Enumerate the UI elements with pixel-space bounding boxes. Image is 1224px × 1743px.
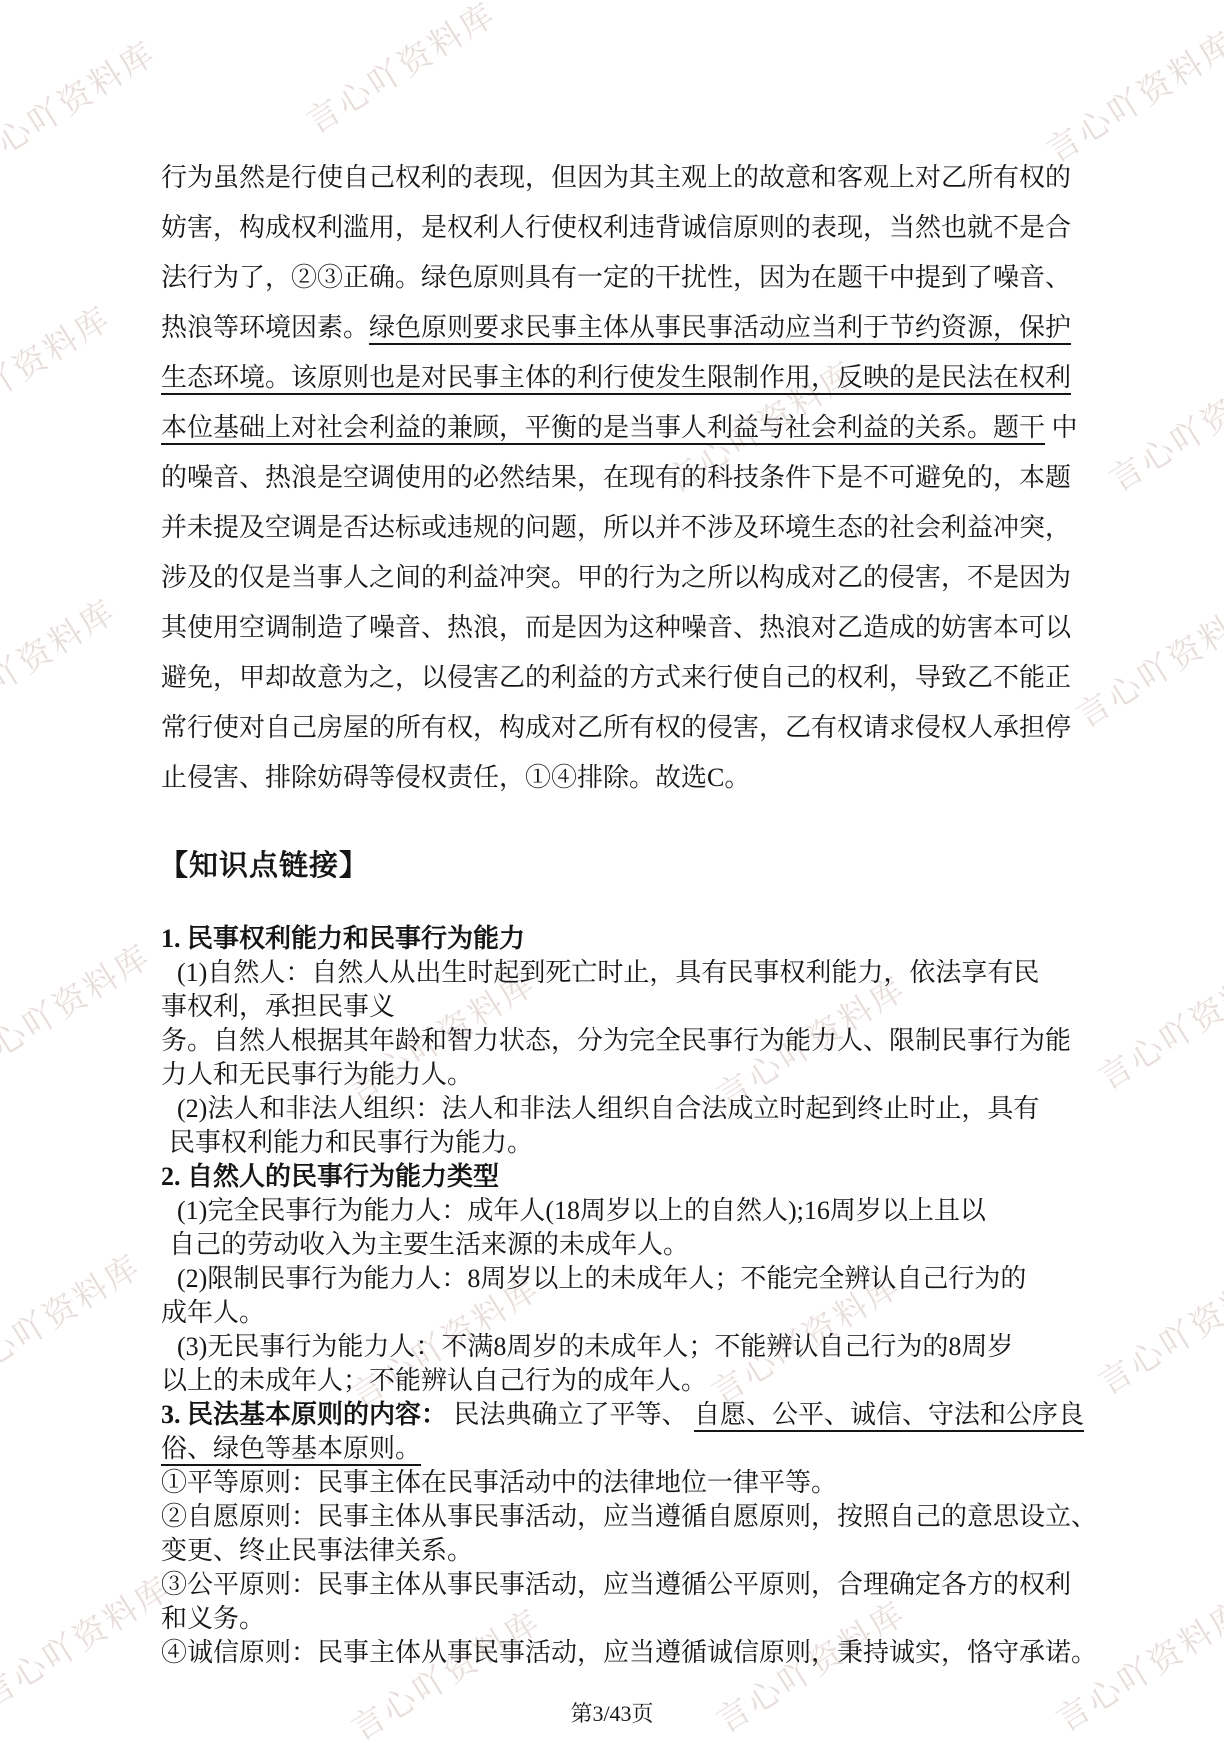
text-segment: 涉及的仅是当事人之间的利益冲突。甲的行为之所以构成对乙的侵害，不是因为 (161, 563, 1071, 592)
text-line: 事权利，承担民事义 (161, 990, 1121, 1024)
text-line: 成年人。 (161, 1296, 1121, 1330)
text-segment: 法行为了，②③正确。绿色原则具有一定的干扰性，因为在题干中提到了噪音、 (161, 263, 1071, 292)
text-line: 和义务。 (161, 1602, 1121, 1636)
text-line: 本位基础上对社会利益的兼顾，平衡的是当事人利益与社会利益的关系。题干 中 (161, 403, 1091, 453)
watermark-text: 言心吖资料库 (1099, 347, 1224, 501)
text-segment: 2. 自然人的民事行为能力类型 (161, 1162, 499, 1191)
underlined-text: 俗、绿色等基本原则。 (161, 1434, 421, 1463)
text-segment: 并未提及空调是否达标或违规的问题，所以并不涉及环境生态的社会利益冲突， (161, 513, 1071, 542)
text-line: 常行使对自己房屋的所有权，构成对乙所有权的侵害，乙有权请求侵权人承担停 (161, 703, 1091, 753)
text-line: ④诚信原则：民事主体从事民事活动，应当遵循诚信原则，秉持诚实，恪守承诺。 (161, 1636, 1121, 1670)
text-line: 以上的未成年人；不能辨认自己行为的成年人。 (161, 1364, 1121, 1398)
text-line: 妨害，构成权利滥用，是权利人行使权利违背诚信原则的表现，当然也就不是合 (161, 203, 1091, 253)
watermark-text: 言心吖资料库 (296, 0, 504, 143)
analysis-paragraph: 行为虽然是行使自己权利的表现，但因为其主观上的故意和客观上对乙所有权的妨害，构成… (161, 153, 1091, 803)
text-segment: 和义务。 (161, 1604, 265, 1633)
text-segment: 妨害，构成权利滥用，是权利人行使权利违背诚信原则的表现，当然也就不是合 (161, 213, 1071, 242)
text-segment: 事权利，承担民事义 (161, 992, 395, 1021)
text-segment: (1)自然人：自然人从出生时起到死亡时止，具有民事权利能力，依法享有民 (177, 958, 1039, 987)
text-segment: 止侵害、排除妨碍等侵权责任，①④排除。故选C。 (161, 763, 750, 792)
text-line: 务。自然人根据其年龄和智力状态，分为完全民事行为能力人、限制民事行为能 (161, 1024, 1121, 1058)
text-segment: 3. 民法基本原则的内容： (161, 1400, 447, 1429)
text-segment: ④诚信原则：民事主体从事民事活动，应当遵循诚信原则，秉持诚实，恪守承诺。 (161, 1638, 1097, 1667)
text-line: 3. 民法基本原则的内容： 民法典确立了平等、 自愿、公平、诚信、守法和公序良 (161, 1398, 1121, 1432)
text-line: 并未提及空调是否达标或违规的问题，所以并不涉及环境生态的社会利益冲突， (161, 503, 1091, 553)
text-line: 变更、终止民事法律关系。 (161, 1534, 1121, 1568)
text-line: 俗、绿色等基本原则。 (161, 1432, 1121, 1466)
watermark-text: 言心吖资料库 (0, 28, 164, 182)
text-line: ③公平原则：民事主体从事民事活动，应当遵循公平原则，合理确定各方的权利 (161, 1568, 1121, 1602)
text-line: 热浪等环境因素。绿色原则要求民事主体从事民事活动应当利于节约资源，保护 (161, 303, 1091, 353)
text-segment: (3)无民事行为能力人：不满8周岁的未成年人；不能辨认自己行为的8周岁 (177, 1332, 1013, 1361)
text-segment: (1)完全民事行为能力人：成年人(18周岁以上的自然人);16周岁以上且以 (177, 1196, 986, 1225)
watermark-text: 言心吖资料库 (0, 586, 124, 740)
text-segment: 以上的未成年人；不能辨认自己行为的成年人。 (161, 1366, 707, 1395)
text-segment: 成年人。 (161, 1298, 265, 1327)
text-segment: 避免，甲却故意为之，以侵害乙的利益的方式来行使自己的权利，导致乙不能正 (161, 663, 1071, 692)
underlined-text: 本位基础上对社会利益的兼顾，平衡的是当事人利益与社会利益的关系。题干 (161, 413, 1045, 442)
text-segment: 民事权利能力和民事行为能力。 (169, 1128, 533, 1157)
text-line: 自己的劳动收入为主要生活来源的未成年人。 (161, 1228, 1121, 1262)
text-line: 避免，甲却故意为之，以侵害乙的利益的方式来行使自己的权利，导致乙不能正 (161, 653, 1091, 703)
text-segment: 自己的劳动收入为主要生活来源的未成年人。 (169, 1230, 689, 1259)
text-line: (2)法人和非法人组织：法人和非法人组织自合法成立时起到终止时止，具有 (161, 1092, 1121, 1126)
watermark-text: 言心吖资料库 (0, 293, 119, 447)
underlined-text: 绿色原则要求民事主体从事民事活动应当利于节约资源，保护 (369, 313, 1071, 342)
text-line: 止侵害、排除妨碍等侵权责任，①④排除。故选C。 (161, 753, 1091, 803)
text-segment: 常行使对自己房屋的所有权，构成对乙所有权的侵害，乙有权请求侵权人承担停 (161, 713, 1071, 742)
watermark-text: 言心吖资料库 (1036, 18, 1224, 172)
watermark-text: 言心吖资料库 (0, 931, 159, 1085)
text-line: 法行为了，②③正确。绿色原则具有一定的干扰性，因为在题干中提到了噪音、 (161, 253, 1091, 303)
text-segment: (2)法人和非法人组织：法人和非法人组织自合法成立时起到终止时止，具有 (177, 1094, 1039, 1123)
text-line: 生态环境。该原则也是对民事主体的利行使发生限制作用，反映的是民法在权利 (161, 353, 1091, 403)
document-page: 言心吖资料库言心吖资料库言心吖资料库言心吖资料库言心吖资料库言心吖资料库言心吖资… (0, 0, 1224, 1743)
text-line: ②自愿原则：民事主体从事民事活动，应当遵循自愿原则，按照自己的意思设立、 (161, 1500, 1121, 1534)
text-line: 2. 自然人的民事行为能力类型 (161, 1160, 1121, 1194)
watermark-text: 言心吖资料库 (0, 1241, 149, 1395)
text-segment: 民法典确立了平等、 (447, 1400, 694, 1429)
text-line: 行为虽然是行使自己权利的表现，但因为其主观上的故意和客观上对乙所有权的 (161, 153, 1091, 203)
text-segment: 1. 民事权利能力和民事行为能力 (161, 924, 525, 953)
knowledge-section: 1. 民事权利能力和民事行为能力(1)自然人：自然人从出生时起到死亡时止，具有民… (161, 922, 1121, 1670)
knowledge-link-header: 【知识点链接】 (159, 843, 369, 884)
text-segment: ③公平原则：民事主体从事民事活动，应当遵循公平原则，合理确定各方的权利 (161, 1570, 1071, 1599)
underlined-text: 生态环境。该原则也是对民事主体的利行使发生限制作用，反映的是民法在权利 (161, 363, 1071, 392)
text-segment: 力人和无民事行为能力人。 (161, 1060, 473, 1089)
text-segment: (2)限制民事行为能力人：8周岁以上的未成年人；不能完全辨认自己行为的 (177, 1264, 1026, 1293)
text-line: 的噪音、热浪是空调使用的必然结果，在现有的科技条件下是不可避免的，本题 (161, 453, 1091, 503)
text-line: 涉及的仅是当事人之间的利益冲突。甲的行为之所以构成对乙的侵害，不是因为 (161, 553, 1091, 603)
text-line: 1. 民事权利能力和民事行为能力 (161, 922, 1121, 956)
underlined-text: 自愿、公平、诚信、守法和公序良 (694, 1400, 1084, 1429)
text-segment: ②自愿原则：民事主体从事民事活动，应当遵循自愿原则，按照自己的意思设立、 (161, 1502, 1097, 1531)
text-line: 民事权利能力和民事行为能力。 (161, 1126, 1121, 1160)
watermark-text: 言心吖资料库 (0, 1563, 179, 1717)
text-segment: 其使用空调制造了噪音、热浪，而是因为这种噪音、热浪对乙造成的妨害本可以 (161, 613, 1071, 642)
text-segment: 的噪音、热浪是空调使用的必然结果，在现有的科技条件下是不可避免的，本题 (161, 463, 1071, 492)
text-line: 其使用空调制造了噪音、热浪，而是因为这种噪音、热浪对乙造成的妨害本可以 (161, 603, 1091, 653)
text-line: (2)限制民事行为能力人：8周岁以上的未成年人；不能完全辨认自己行为的 (161, 1262, 1121, 1296)
text-line: 力人和无民事行为能力人。 (161, 1058, 1121, 1092)
text-segment: 行为虽然是行使自己权利的表现，但因为其主观上的故意和客观上对乙所有权的 (161, 163, 1071, 192)
text-segment: 务。自然人根据其年龄和智力状态，分为完全民事行为能力人、限制民事行为能 (161, 1026, 1071, 1055)
text-segment: 中 (1045, 413, 1078, 442)
text-line: (3)无民事行为能力人：不满8周岁的未成年人；不能辨认自己行为的8周岁 (161, 1330, 1121, 1364)
text-segment: 热浪等环境因素。 (161, 313, 369, 342)
text-line: (1)自然人：自然人从出生时起到死亡时止，具有民事权利能力，依法享有民 (161, 956, 1121, 990)
text-line: ①平等原则：民事主体在民事活动中的法律地位一律平等。 (161, 1466, 1121, 1500)
text-line: (1)完全民事行为能力人：成年人(18周岁以上的自然人);16周岁以上且以 (161, 1194, 1121, 1228)
page-number: 第3/43页 (0, 1697, 1224, 1728)
text-segment: ①平等原则：民事主体在民事活动中的法律地位一律平等。 (161, 1468, 837, 1497)
text-segment: 变更、终止民事法律关系。 (161, 1536, 473, 1565)
